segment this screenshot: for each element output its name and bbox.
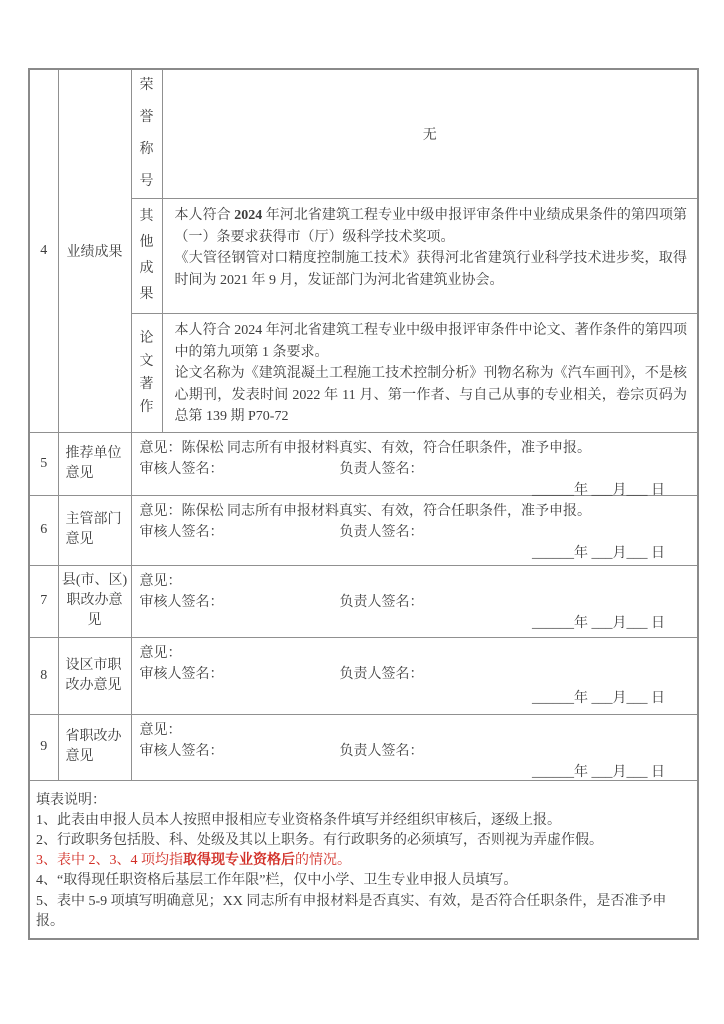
competent-department-label: 主管部门 意见 xyxy=(58,495,131,565)
recommending-unit-opinion-row: 5 推荐单位 意见 意见：陈保松 同志所有申报材料真实、有效，符合任职条件，准予… xyxy=(29,432,698,495)
date-line: ______年 ___月___ 日 xyxy=(140,480,690,501)
papers-content: 本人符合 2024 年河北省建筑工程专业中级申报评审条件中论文、著作条件的第四项… xyxy=(162,314,698,433)
manager-signature-label: 负责人签名： xyxy=(340,592,424,613)
fill-instruction-4: 4、“取得现任职资格后基层工作年限”栏，仅中小学、卫生专业申报人员填写。 xyxy=(36,871,689,891)
signature-line: 审核人签名： 负责人签名： xyxy=(140,592,690,613)
opinion-text: 意见： xyxy=(140,720,690,741)
honor-title-row: 4 业绩成果 荣誉称号 无 xyxy=(29,69,698,199)
row7-number: 7 xyxy=(29,565,58,637)
county-reform-office-label: 县(市、区) 职改办意 见 xyxy=(58,565,131,637)
other-achievements-label: 其他成果 xyxy=(139,204,154,308)
row4-number: 4 xyxy=(29,69,58,432)
signature-line: 审核人签名： 负责人签名： xyxy=(140,522,690,543)
reviewer-signature-label: 审核人签名： xyxy=(140,741,340,762)
opinion-text: 意见： xyxy=(140,571,690,592)
reviewer-signature-label: 审核人签名： xyxy=(140,459,340,480)
city-reform-office-label: 设区市职 改办意见 xyxy=(58,637,131,714)
province-reform-office-label: 省职改办 意见 xyxy=(58,714,131,780)
row8-number: 8 xyxy=(29,637,58,714)
city-reform-office-opinion-row: 8 设区市职 改办意见 意见： 审核人签名： 负责人签名： ______年 __… xyxy=(29,637,698,714)
competent-department-opinion-row: 6 主管部门 意见 意见：陈保松 同志所有申报材料真实、有效，符合任职条件，准予… xyxy=(29,495,698,565)
province-reform-office-opinion-cell: 意见： 审核人签名： 负责人签名： ______年 ___月___ 日 xyxy=(131,714,698,780)
row5-number: 5 xyxy=(29,432,58,495)
signature-line: 审核人签名： 负责人签名： xyxy=(140,741,690,762)
city-reform-office-opinion-cell: 意见： 审核人签名： 负责人签名： ______年 ___月___ 日 xyxy=(131,637,698,714)
opinion-text: 意见： xyxy=(140,643,690,664)
row6-number: 6 xyxy=(29,495,58,565)
date-line: ______年 ___月___ 日 xyxy=(140,688,690,709)
signature-line: 审核人签名： 负责人签名： xyxy=(140,664,690,685)
other-achievements-paragraph-2: 《大管径钢管对口精度控制施工技术》获得河北省建筑行业科学技术进步奖，取得时间为 … xyxy=(175,248,688,291)
reviewer-signature-label: 审核人签名： xyxy=(140,522,340,543)
province-reform-office-opinion-row: 9 省职改办 意见 意见： 审核人签名： 负责人签名： ______年 ___月… xyxy=(29,714,698,780)
manager-signature-label: 负责人签名： xyxy=(340,741,424,762)
opinion-text: 意见：陈保松 同志所有申报材料真实、有效，符合任职条件，准予申报。 xyxy=(140,501,690,522)
form-page: 4 业绩成果 荣誉称号 无 其他成果 本人符合 2024 年河北省建筑工程专业中… xyxy=(28,68,699,940)
papers-paragraph-1: 本人符合 2024 年河北省建筑工程专业中级申报评审条件中论文、著作条件的第四项… xyxy=(175,320,688,363)
fill-instruction-3: 3、表中 2、3、4 项均指取得现专业资格后的情况。 xyxy=(36,851,689,871)
row4-category-label: 业绩成果 xyxy=(58,69,131,432)
opinion-text: 意见：陈保松 同志所有申报材料真实、有效，符合任职条件，准予申报。 xyxy=(140,438,690,459)
county-reform-office-opinion-cell: 意见： 审核人签名： 负责人签名： ______年 ___月___ 日 xyxy=(131,565,698,637)
signature-line: 审核人签名： 负责人签名： xyxy=(140,459,690,480)
honor-title-label-cell: 荣誉称号 xyxy=(131,69,162,199)
fill-instruction-2: 2、行政职务包括股、科、处级及其以上职务。有行政职务的必须填写，否则视为弄虚作假… xyxy=(36,831,689,851)
manager-signature-label: 负责人签名： xyxy=(340,664,424,685)
bold-year: 2024 xyxy=(234,208,262,223)
other-achievements-label-cell: 其他成果 xyxy=(131,199,162,314)
manager-signature-label: 负责人签名： xyxy=(340,459,424,480)
row9-number: 9 xyxy=(29,714,58,780)
date-line: ______年 ___月___ 日 xyxy=(140,543,690,564)
reviewer-signature-label: 审核人签名： xyxy=(140,592,340,613)
date-line: ______年 ___月___ 日 xyxy=(140,613,690,634)
highlighted-phrase: 取得现专业资格后 xyxy=(183,853,295,868)
fill-instruction-5: 5、表中 5-9 项填写明确意见；XX 同志所有申报材料是否真实、有效，是否符合… xyxy=(36,892,689,932)
fill-instruction-1: 1、此表由申报人员本人按照申报相应专业资格条件填写并经组织审核后，逐级上报。 xyxy=(36,811,689,831)
reviewer-signature-label: 审核人签名： xyxy=(140,664,340,685)
other-achievements-paragraph-1: 本人符合 2024 年河北省建筑工程专业中级申报评审条件中业绩成果条件的第四项第… xyxy=(175,205,688,248)
papers-paragraph-2: 论文名称为《建筑混凝土工程施工技术控制分析》刊物名称为《汽车画刊》，不是核心期刊… xyxy=(175,363,688,428)
county-reform-office-opinion-row: 7 县(市、区) 职改办意 见 意见： 审核人签名： 负责人签名： ______… xyxy=(29,565,698,637)
fill-instructions-row: 填表说明： 1、此表由申报人员本人按照申报相应专业资格条件填写并经组织审核后，逐… xyxy=(29,780,698,939)
date-line: ______年 ___月___ 日 xyxy=(140,762,690,783)
recommending-unit-label: 推荐单位 意见 xyxy=(58,432,131,495)
recommending-unit-opinion-cell: 意见：陈保松 同志所有申报材料真实、有效，符合任职条件，准予申报。 审核人签名：… xyxy=(131,432,698,495)
honor-title-label: 荣誉称号 xyxy=(139,70,154,198)
papers-label: 论文著作 xyxy=(139,327,154,419)
fill-instructions-title: 填表说明： xyxy=(36,791,689,811)
competent-department-opinion-cell: 意见：陈保松 同志所有申报材料真实、有效，符合任职条件，准予申报。 审核人签名：… xyxy=(131,495,698,565)
other-achievements-content: 本人符合 2024 年河北省建筑工程专业中级申报评审条件中业绩成果条件的第四项第… xyxy=(162,199,698,314)
honor-title-content: 无 xyxy=(162,69,698,199)
manager-signature-label: 负责人签名： xyxy=(340,522,424,543)
papers-label-cell: 论文著作 xyxy=(131,314,162,433)
evaluation-form-table: 4 业绩成果 荣誉称号 无 其他成果 本人符合 2024 年河北省建筑工程专业中… xyxy=(28,68,699,940)
fill-instructions-cell: 填表说明： 1、此表由申报人员本人按照申报相应专业资格条件填写并经组织审核后，逐… xyxy=(29,780,698,939)
